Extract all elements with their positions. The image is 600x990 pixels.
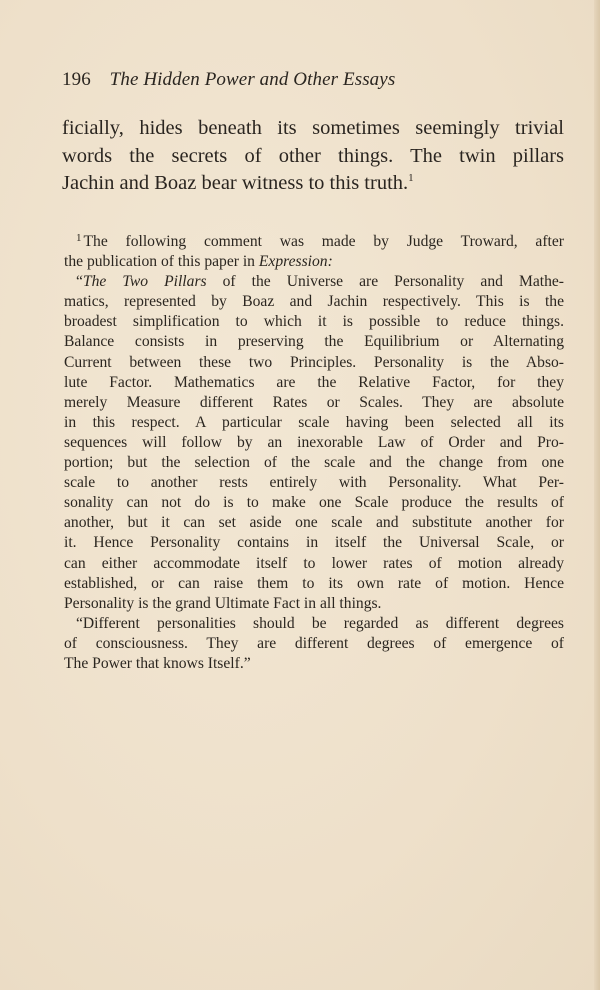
footnote-line: 1The following comment was made by Judge… <box>64 232 564 252</box>
footnote-line: scale to another rests entirely with Per… <box>64 473 564 493</box>
footnote-line: Personality is the grand Ultimate Fact i… <box>64 594 564 614</box>
footnote-line: of consciousness. They are different deg… <box>64 634 564 654</box>
footnote-line: sequences will follow by an inexorable L… <box>64 433 564 453</box>
footnote-line: Current between these two Principles. Pe… <box>64 353 564 373</box>
footnote-line: can either accommodate itself to lower r… <box>64 554 564 574</box>
body-line: Jachin and Boaz bear witness to this tru… <box>62 170 564 198</box>
footnote-line: “Different personalities should be regar… <box>64 614 564 634</box>
footnote-text: the publication of this paper in <box>64 253 259 270</box>
footnote-line: Balance consists in preserving the Equil… <box>64 332 564 352</box>
body-line: ficially, hides beneath its sometimes se… <box>62 115 564 143</box>
footnote-line: portion; but the selection of the scale … <box>64 453 564 473</box>
page-number: 196 <box>62 69 91 90</box>
body-line: words the secrets of other things. The t… <box>62 143 564 171</box>
footnote-text: of the Universe are Personality and Math… <box>207 273 564 290</box>
footnote-line: broadest simplification to which it is p… <box>64 312 564 332</box>
footnote: 1The following comment was made by Judge… <box>64 232 564 674</box>
essay-title: The Two Pillars <box>83 273 207 290</box>
footnote-text: The following comment was made by Judge … <box>84 233 565 250</box>
running-head: 196 The Hidden Power and Other Essays <box>62 69 395 91</box>
footnote-line: another, but it can set aside one scale … <box>64 513 564 533</box>
footnote-line: merely Measure different Rates or Scales… <box>64 393 564 413</box>
footnote-line: “The Two Pillars of the Universe are Per… <box>64 272 564 292</box>
footnote-line: the publication of this paper in Express… <box>64 252 564 272</box>
footnote-line: lute Factor. Mathematics are the Relativ… <box>64 373 564 393</box>
book-page: 196 The Hidden Power and Other Essays fi… <box>0 0 600 990</box>
body-line-text: Jachin and Boaz bear witness to this tru… <box>62 172 408 194</box>
footnote-line: The Power that knows Itself.” <box>64 654 564 674</box>
footnote-line: sonality can not do is to make one Scale… <box>64 493 564 513</box>
body-paragraph: ficially, hides beneath its sometimes se… <box>62 115 564 198</box>
open-quote: “ <box>76 273 83 290</box>
footnote-reference: 1 <box>408 172 414 184</box>
footnote-line: it. Hence Personality contains in itself… <box>64 533 564 553</box>
footnote-line: established, or can raise them to its ow… <box>64 574 564 594</box>
footnote-marker: 1 <box>76 232 82 244</box>
page-edge <box>594 0 600 990</box>
publication-title: Expression: <box>259 253 333 270</box>
footnote-line: in this respect. A particular scale havi… <box>64 413 564 433</box>
footnote-line: matics, represented by Boaz and Jachin r… <box>64 292 564 312</box>
book-title: The Hidden Power and Other Essays <box>110 69 396 90</box>
